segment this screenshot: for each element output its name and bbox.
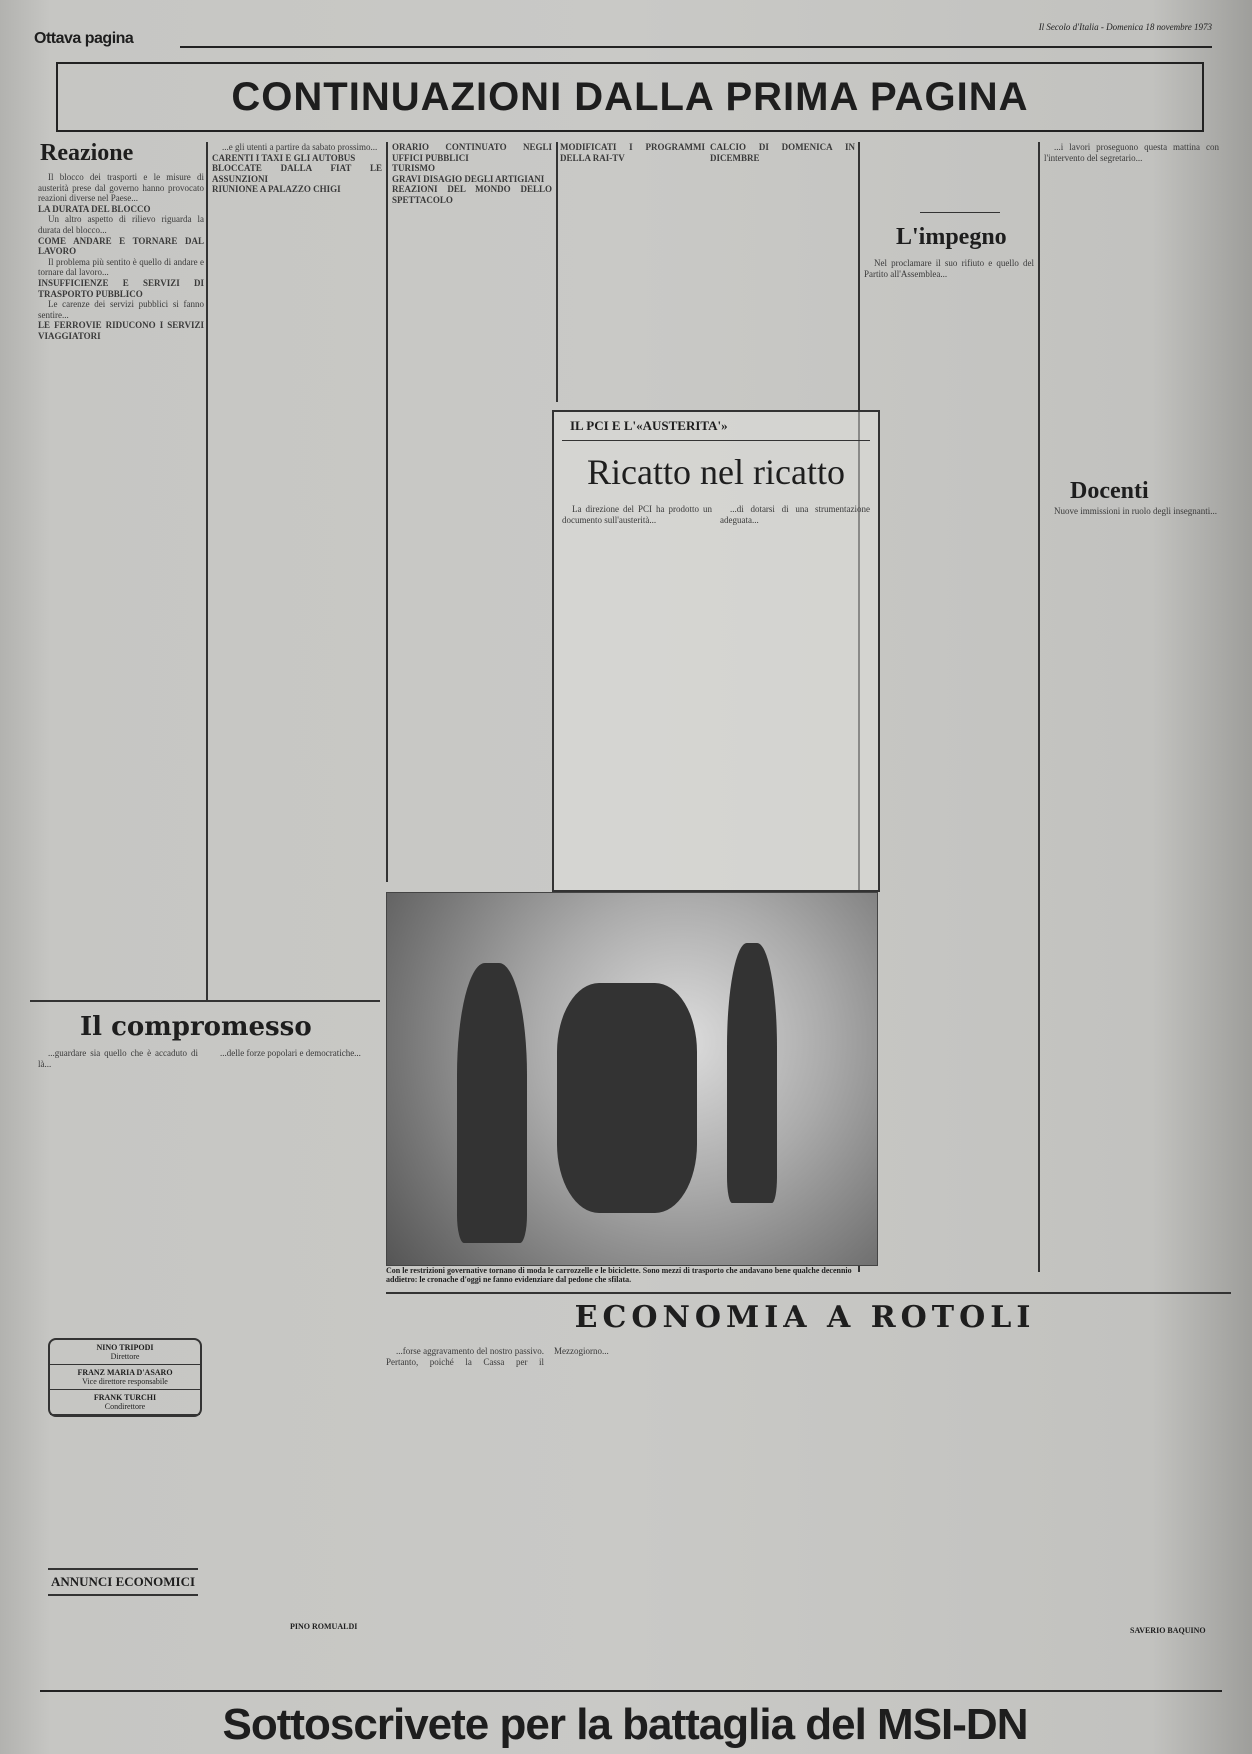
column-compromesso-1: ...guardare sia quello che è accaduto di… <box>38 1048 198 1333</box>
column-economia: ...forse aggravamento del nostro passivo… <box>386 1346 1216 1616</box>
column-divider <box>556 142 558 402</box>
headline-reazione: Reazione <box>40 140 133 167</box>
section-banner: CONTINUAZIONI DALLA PRIMA PAGINA <box>56 62 1204 132</box>
signature-baquino: SAVERIO BAQUINO <box>1130 1626 1206 1635</box>
rule <box>386 1292 1231 1294</box>
headline-economia: ECONOMIA A ROTOLI <box>380 1300 1230 1335</box>
ricatto-col-2: ...di dotarsi di una strumentazione adeg… <box>720 504 870 874</box>
column-reazione-5: CALCIO DI DOMENICA IN DICEMBRE <box>710 142 855 402</box>
ricatto-headline: Ricatto nel ricatto <box>554 451 878 493</box>
ricatto-kicker: IL PCI E L'«AUSTERITA'» <box>562 412 870 441</box>
headline-compromesso: Il compromesso <box>80 1012 312 1042</box>
credits-box: NINO TRIPODIDirettore FRANZ MARIA D'ASAR… <box>48 1338 202 1417</box>
ricatto-box: IL PCI E L'«AUSTERITA'» Ricatto nel rica… <box>552 410 880 892</box>
newspaper-page: Ottava pagina Il Secolo d'Italia - Domen… <box>0 0 1252 1754</box>
dateline: Il Secolo d'Italia - Domenica 18 novembr… <box>1039 22 1212 32</box>
signature-romualdi: PINO ROMUALDI <box>290 1622 357 1631</box>
footer-slogan: Sottoscrivete per la battaglia del MSI-D… <box>20 1700 1230 1750</box>
banner-title: CONTINUAZIONI DALLA PRIMA PAGINA <box>58 64 1202 130</box>
photo-caption: Con le restrizioni governative tornano d… <box>386 1266 876 1284</box>
column-impegno: Nel proclamare il suo rifiuto e quello d… <box>864 258 1034 1268</box>
headline-impegno: L'impegno <box>896 224 1007 251</box>
page-label: Ottava pagina <box>34 30 133 48</box>
column-divider <box>206 142 208 1002</box>
ricatto-col-1: La direzione del PCI ha prodotto un docu… <box>562 504 712 874</box>
headline-docenti: Docenti <box>1070 478 1149 505</box>
column-reazione-4: MODIFICATI I PROGRAMMI DELLA RAI-TV <box>560 142 705 402</box>
rule <box>920 212 1000 213</box>
footer-rule <box>40 1690 1222 1692</box>
column-impegno-2: ...i lavori proseguono questa mattina co… <box>1044 142 1219 452</box>
top-rule <box>180 46 1212 48</box>
classifieds-header: ANNUNCI ECONOMICI <box>48 1568 198 1596</box>
column-reazione-3: ORARIO CONTINUATO NEGLI UFFICI PUBBLICI … <box>392 142 552 882</box>
news-photo <box>386 892 878 1266</box>
column-compromesso-2: ...delle forze popolari e democratiche..… <box>210 1048 380 1618</box>
rule <box>30 1000 380 1002</box>
column-reazione-1: Il blocco dei trasporti e le misure di a… <box>38 172 204 1002</box>
column-divider <box>1038 142 1040 1272</box>
column-reazione-2: ...e gli utenti a partire da sabato pros… <box>212 142 382 1002</box>
column-divider <box>386 142 388 882</box>
